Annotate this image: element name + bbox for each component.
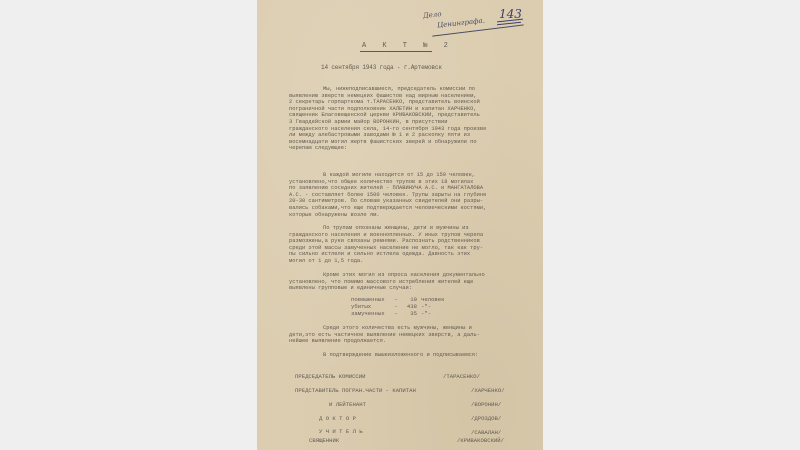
stat-dash: - [391,296,401,303]
paragraph-confirmation: В подтверждение вышеизложенного и подпис… [289,352,525,359]
stat-unit: -"- [421,303,431,310]
signature-role-border-captain: ПРЕДСТАВИТЕЛЬ ПОГРАН.ЧАСТИ - КАПИТАН [295,387,416,394]
paragraph-graves: В каждой могиле находится от 15 до 150 ч… [289,172,525,218]
date-line: 14 сентября 1943 года - г.Артемовск [321,64,442,71]
text-line: выявлены групповые и единичные случаи: [289,285,525,292]
paragraph-survey: Кроме этих могил из опроса населения док… [289,272,525,292]
stat-dash: - [391,310,401,317]
text-line: 2 секретарь горпарткома т.ТАРАСЕНКО, пре… [289,99,525,106]
text-line: А.С. - составляет более 1500 человек. Тр… [289,192,525,199]
text-line: по заявлению соседних жителей - ПЛАВИНУЧ… [289,185,525,192]
signature-name-teacher: /САВАЛАН/ [471,429,501,436]
stat-value: 438 [401,303,421,310]
text-line: ли между алебастровыми заводами № 1 и 2 … [289,132,525,139]
text-line: Кроме этих могил из опроса населения док… [289,272,525,279]
text-line: нейшее выявление продолжается. [289,338,525,345]
stat-row-hanged: повешенных - 10 человек [351,296,445,303]
paragraph-victims: По трупам опознаны женщины, дети и мужчи… [289,225,525,265]
signature-role-priest: СВЯЩЕННИК [309,437,339,444]
text-line: вались собаками,что еще подтверждается ч… [289,205,525,212]
text-line: пы сильно истлели и сильно истлела одежд… [289,251,525,258]
text-line: Среди этого количества есть мужчины, жен… [289,325,525,332]
text-line: дети,это есть частичное выявление немецк… [289,332,525,339]
signature-name-lieutenant: /ВОРОНИН/ [471,401,501,408]
title-underline [360,51,432,52]
signature-name-priest: /КРИВАКОВСКИЙ/ [457,437,504,444]
text-line: размозжены,а руки связаны ремнями. Распо… [289,238,525,245]
handwritten-note-line1: Дело [423,10,442,20]
signature-name-border-captain: /ХАРЧЕНКО/ [471,387,505,394]
stat-value: 35 [401,310,421,317]
text-line: В каждой могиле находится от 15 до 150 ч… [289,172,525,179]
stat-unit: человек [421,296,445,303]
signature-role-chairman: ПРЕДСЕДАТЕЛЬ КОМИССИИ [295,373,366,380]
stat-value: 10 [401,296,421,303]
text-line: священник Благовещенской церкви КРИВАКОВ… [289,112,525,119]
text-line: гражданского населения и военнопленных. … [289,232,525,239]
stat-dash: - [391,303,401,310]
paragraph-closing: Среди этого количества есть мужчины, жен… [289,325,525,345]
text-line: гражданского населения села, 14-го сентя… [289,126,525,133]
stat-row-killed: убитых - 438 -"- [351,303,445,310]
stat-row-tortured: замученных - 35 -"- [351,310,445,317]
text-line: выявлению зверств немецких фашистов над … [289,93,525,100]
text-line: которые обнаружены возле ям. [289,212,525,219]
text-line: По трупам опознаны женщины, дети и мужчи… [289,225,525,232]
text-line: пограничной части подполковник ХАЛЕТИН и… [289,106,525,113]
text-line: черепам следующее: [289,145,525,152]
stat-unit: -"- [421,310,431,317]
stat-label: убитых [351,303,391,310]
signature-role-lieutenant: И ЛЕЙТЕНАНТ [329,401,366,408]
text-line: установлено, что помимо массового истреб… [289,279,525,286]
document-page: Дело Ценинграфа. 143 А К Т № 2 14 сентяб… [257,0,543,450]
paragraph-intro: Мы, нижеподписавшиеся, председатель коми… [289,86,525,152]
text-line: среди этой массы замученных население не… [289,245,525,252]
stat-label: повешенных [351,296,391,303]
text-line: 20-30 сантиметров. По словам указанных с… [289,198,525,205]
text-line: могил от 1 до 1,5 года. [289,258,525,265]
text-line: Мы, нижеподписавшиеся, председатель коми… [289,86,525,93]
text-line: 3 Гвардейской армии майор ВОРОНКИН, в пр… [289,119,525,126]
signature-role-doctor: Д О К Т О Р [319,415,356,422]
signature-role-teacher: У Ч И Т Е Л Ь [319,428,363,435]
document-title: А К Т № 2 [362,43,454,50]
text-line: восемнадцати могил жертв фашистских звер… [289,139,525,146]
stat-label: замученных [351,310,391,317]
text-line: установлено,что общее количество трупов … [289,179,525,186]
signature-name-doctor: /ДРОЗДОВ/ [471,415,501,422]
handwritten-note-line2: Ценинграфа. [437,17,486,30]
casualty-stats: повешенных - 10 человек убитых - 438 -"-… [351,296,445,317]
signature-name-chairman: /ТАРАСЕНКО/ [443,373,480,380]
text-line: В подтверждение вышеизложенного и подпис… [289,352,525,359]
